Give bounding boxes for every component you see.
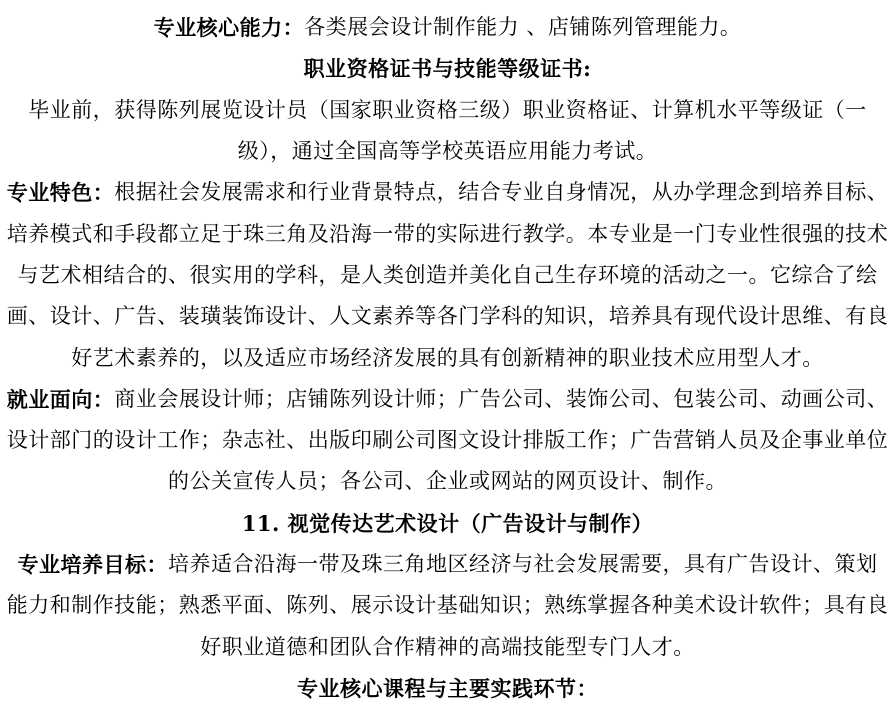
paragraph-line: 好职业道德和团队合作精神的高端技能型专门人才。 [6, 626, 889, 667]
core-courses-heading: 专业核心课程与主要实践环节： [6, 668, 889, 708]
line-text: 设计部门的设计工作；杂志社、出版印刷公司图文设计排版工作；广告营销人员及企事业单… [7, 430, 889, 451]
paragraph-line: 培养模式和手段都立足于珠三角及沿海一带的实际进行教学。本专业是一门专业性很强的技… [6, 213, 889, 254]
section-11-heading: 11. 视觉传达艺术设计（广告设计与制作） [6, 503, 889, 544]
line-text: 画、设计、广告、装璜装饰设计、人文素养等各门学科的知识，培养具有现代设计思维、有… [7, 306, 889, 327]
certificates-heading: 职业资格证书与技能等级证书: [6, 48, 889, 89]
paragraph-line: 好艺术素养的，以及适应市场经济发展的具有创新精神的职业技术应用型人才。 [6, 337, 889, 378]
line-text: 职业资格证书与技能等级证书: [304, 58, 592, 79]
bold-label: 专业核心能力： [154, 17, 305, 38]
paragraph-line: 的公关宣传人员；各公司、企业或网站的网页设计、制作。 [6, 461, 889, 502]
line-text: 毕业前，获得陈列展览设计员（国家职业资格三级）职业资格证、计算机水平等级证（一 [28, 100, 867, 121]
line-text: 的公关宣传人员；各公司、企业或网站的网页设计、制作。 [168, 471, 727, 492]
paragraph-line: 画、设计、广告、装璜装饰设计、人文素养等各门学科的知识，培养具有现代设计思维、有… [6, 296, 889, 337]
paragraph-line: 毕业前，获得陈列展览设计员（国家职业资格三级）职业资格证、计算机水平等级证（一 [6, 90, 889, 131]
line-text: 商业会展设计师；店铺陈列设计师；广告公司、装饰公司、包装公司、动画公司、 [114, 389, 888, 410]
bold-label: 就业面向： [7, 389, 115, 410]
line-text: 11. 视觉传达艺术设计（广告设计与制作） [242, 513, 653, 534]
line-text: 培养模式和手段都立足于珠三角及沿海一带的实际进行教学。本专业是一门专业性很强的技… [7, 224, 889, 245]
line-text: 好艺术素养的，以及适应市场经济发展的具有创新精神的职业技术应用型人才。 [71, 348, 824, 369]
core-ability-line: 专业核心能力：各类展会设计制作能力 、店铺陈列管理能力。 [6, 7, 889, 48]
paragraph-line: 级），通过全国高等学校英语应用能力考试。 [6, 131, 889, 172]
line-text: 好职业道德和团队合作精神的高端技能型专门人才。 [200, 637, 695, 658]
document-body: 专业核心能力：各类展会设计制作能力 、店铺陈列管理能力。职业资格证书与技能等级证… [0, 0, 895, 708]
line-text: 与艺术相结合的、很实用的学科，是人类创造并美化自己生存环境的活动之一。它综合了绘 [18, 265, 878, 286]
paragraph-line: 与艺术相结合的、很实用的学科，是人类创造并美化自己生存环境的活动之一。它综合了绘 [6, 255, 889, 296]
line-text: 专业核心课程与主要实践环节： [297, 678, 598, 699]
training-goal-line: 专业培养目标：培养适合沿海一带及珠三角地区经济与社会发展需要，具有广告设计、策划 [6, 544, 889, 585]
line-text: 能力和制作技能；熟悉平面、陈列、展示设计基础知识；熟练掌握各种美术设计软件；具有… [7, 595, 889, 616]
paragraph-line: 设计部门的设计工作；杂志社、出版印刷公司图文设计排版工作；广告营销人员及企事业单… [6, 420, 889, 461]
line-text: 培养适合沿海一带及珠三角地区经济与社会发展需要，具有广告设计、策划 [168, 554, 878, 575]
features-line: 专业特色：根据社会发展需求和行业背景特点，结合专业自身情况，从办学理念到培养目标… [6, 172, 889, 213]
paragraph-line: 能力和制作技能；熟悉平面、陈列、展示设计基础知识；熟练掌握各种美术设计软件；具有… [6, 585, 889, 626]
bold-label: 专业特色： [7, 182, 115, 203]
line-text: 根据社会发展需求和行业背景特点，结合专业自身情况，从办学理念到培养目标、 [114, 182, 888, 203]
line-text: 级），通过全国高等学校英语应用能力考试。 [238, 141, 658, 162]
line-text: 各类展会设计制作能力 、店铺陈列管理能力。 [304, 17, 741, 38]
employment-line: 就业面向：商业会展设计师；店铺陈列设计师；广告公司、装饰公司、包装公司、动画公司… [6, 379, 889, 420]
bold-label: 专业培养目标： [18, 554, 169, 575]
